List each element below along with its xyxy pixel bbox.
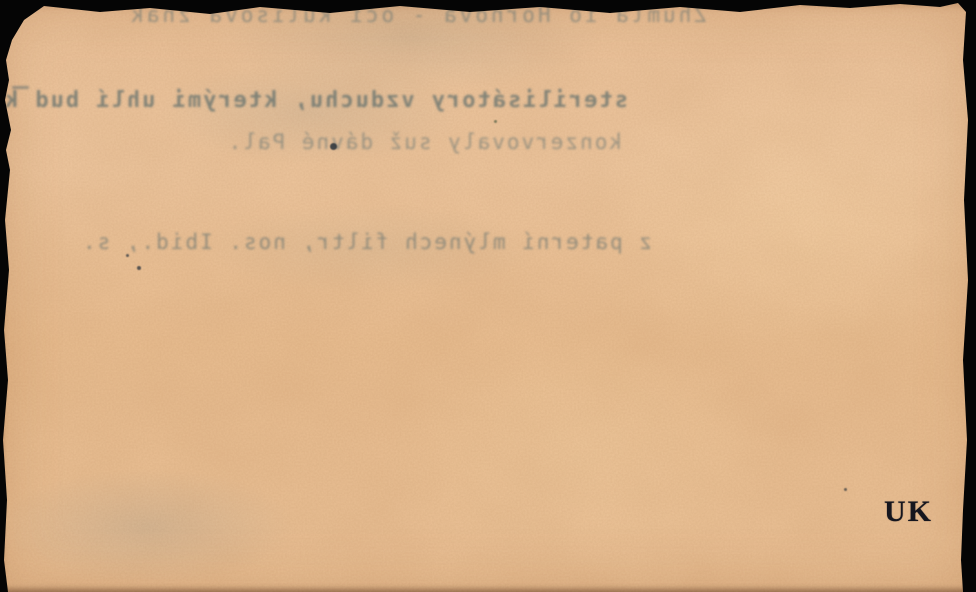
ink-speck: [494, 120, 497, 123]
ghost-typewriter-line-1: Zhumla io Horňová - oči kulisova znak: [112, 3, 707, 27]
scanner-background: Zhumla io Horňová - oči kulisova znak st…: [0, 0, 976, 592]
ink-speck: [844, 488, 847, 491]
ghost-typewriter-line-4: z paterní mlýnech filtr, nos. Ibid., s.: [52, 230, 652, 254]
ghost-typewriter-line-2: sterilisátory vzduchu, kterými uhlí bud …: [2, 88, 628, 113]
catalog-card: Zhumla io Horňová - oči kulisova znak st…: [0, 0, 976, 592]
region-code-stamp: UK: [884, 495, 933, 529]
ink-speck-period: [330, 143, 337, 150]
ink-smudge-dash: [12, 86, 29, 89]
ghost-typewriter-line-3: konzervovaly suž dávné Pal.: [262, 130, 622, 154]
ink-speck: [137, 266, 141, 270]
ink-speck: [126, 254, 129, 257]
